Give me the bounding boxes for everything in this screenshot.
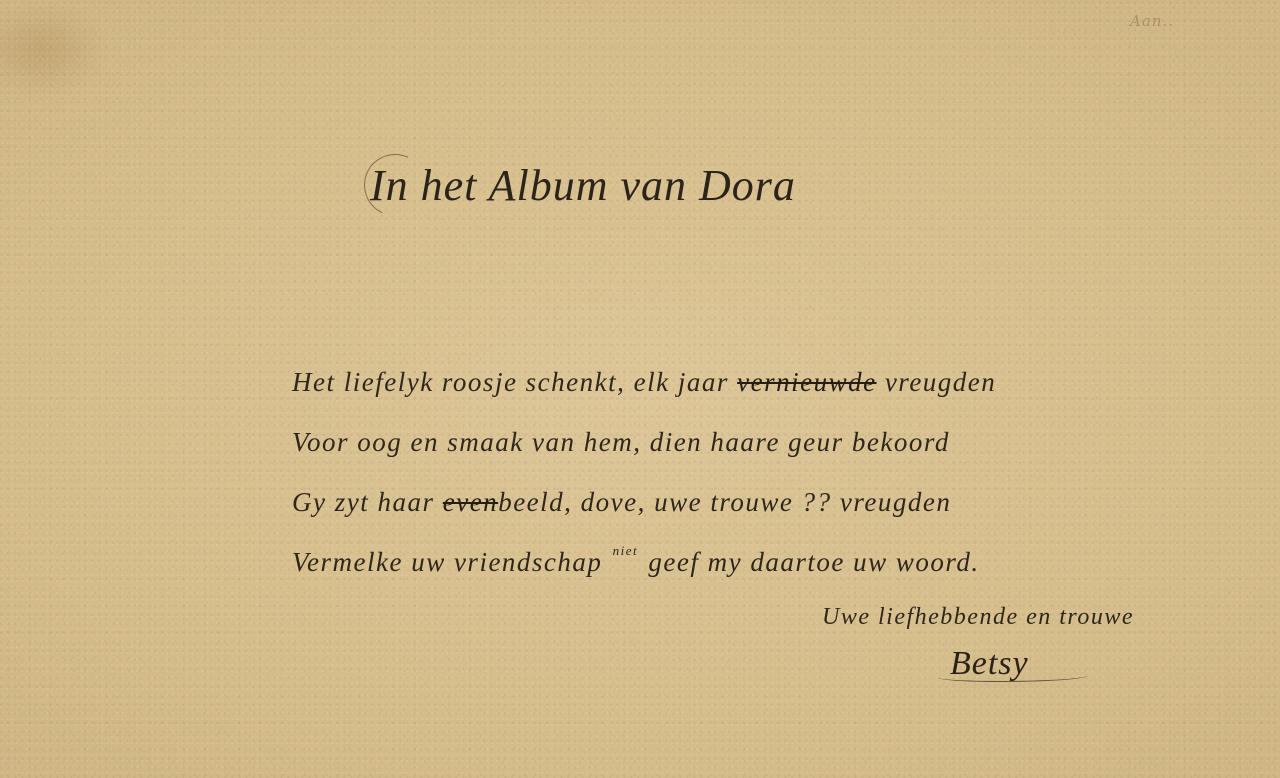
- inserted-word: niet: [613, 543, 639, 558]
- title-text: In het Album van Dora: [370, 161, 796, 210]
- poem-line-3: Gy zyt haar evenbeeld, dove, uwe trouwe …: [292, 472, 1192, 532]
- line-text: beeld, dove, uwe trouwe ?? vreugden: [498, 487, 951, 517]
- struck-word: even: [443, 487, 498, 517]
- signature: Betsy: [950, 645, 1029, 683]
- poem-line-4: Vermelke uw vriendschap niet geef my daa…: [292, 532, 1192, 592]
- line-text: Gy zyt haar: [292, 487, 443, 517]
- page-title: In het Album van Dora: [370, 160, 1050, 211]
- signature-flourish-icon: [938, 671, 1088, 682]
- struck-word: vernieuwde: [737, 367, 876, 397]
- line-text: Voor oog en smaak van hem, dien haare ge…: [292, 427, 950, 457]
- line-text: Het liefelyk roosje schenkt, elk jaar: [292, 367, 737, 397]
- poem-line-1: Het liefelyk roosje schenkt, elk jaar ve…: [292, 352, 1192, 412]
- corner-pencil-note: Aan..: [1130, 12, 1174, 30]
- poem-stanza: Het liefelyk roosje schenkt, elk jaar ve…: [292, 352, 1192, 592]
- album-leaf: Aan.. In het Album van Dora Het liefelyk…: [0, 0, 1280, 778]
- line-text: geef my daartoe uw woord.: [640, 547, 979, 577]
- line-text: vreugden: [877, 367, 997, 397]
- poem-line-2: Voor oog en smaak van hem, dien haare ge…: [292, 412, 1192, 472]
- line-text: Vermelke uw vriendschap: [292, 547, 611, 577]
- closing-line: Uwe liefhebbende en trouwe: [822, 604, 1134, 631]
- title-flourish-icon: [355, 145, 434, 224]
